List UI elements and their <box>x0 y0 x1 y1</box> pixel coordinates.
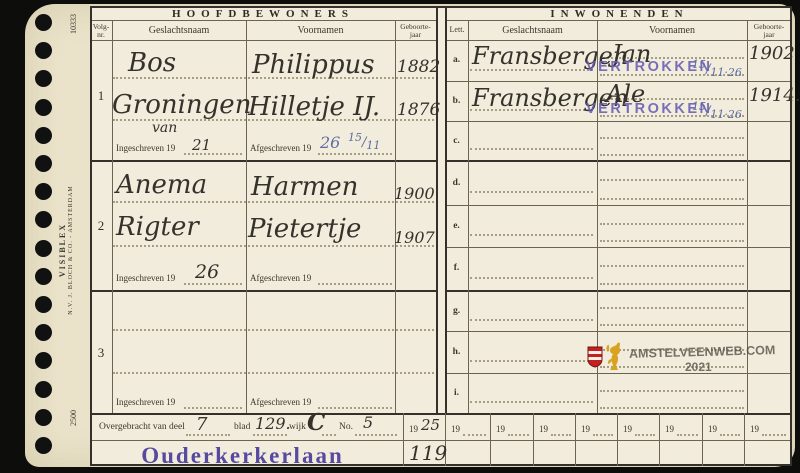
block-number: 1 <box>90 88 112 104</box>
grid-line <box>575 413 576 466</box>
handwritten-ingeschreven-year: 21 <box>192 136 211 154</box>
col-header-lett: Lett. <box>445 25 469 34</box>
grid-line <box>90 160 436 162</box>
ingeschreven-label: Ingeschreven 19 <box>116 397 175 407</box>
write-line <box>463 434 486 436</box>
transfer-label-blad: blad <box>234 422 250 432</box>
write-line <box>600 390 744 392</box>
binding-hole <box>35 437 52 454</box>
grid-line <box>90 6 92 466</box>
write-line <box>318 407 392 409</box>
binding-hole <box>35 211 52 228</box>
write-line <box>635 434 655 436</box>
grid-line <box>90 290 436 292</box>
write-line <box>322 434 336 436</box>
write-line <box>470 319 593 321</box>
year-cell: 19 <box>708 424 717 434</box>
grid-line <box>659 413 660 466</box>
row-letter: c. <box>446 136 467 146</box>
write-line <box>508 434 529 436</box>
grid-line <box>447 247 792 248</box>
write-line <box>600 407 744 409</box>
year-cell: 19 <box>665 424 674 434</box>
write-line <box>600 307 744 309</box>
handwritten-house-number: 119 <box>409 441 447 465</box>
write-line <box>113 372 434 374</box>
transfer-label-wijk: wijk <box>289 422 306 432</box>
row-letter: b. <box>446 96 467 106</box>
binding-hole <box>35 324 52 341</box>
write-line <box>600 154 744 156</box>
write-line <box>470 277 593 279</box>
handwritten-firstnames: Pietertje <box>248 214 361 244</box>
binding-hole <box>35 268 52 285</box>
block-number: 3 <box>90 345 112 361</box>
write-line <box>184 407 242 409</box>
col-header-firstnames-right: Voornamen <box>597 25 747 36</box>
write-line <box>470 148 593 150</box>
ink-date-note: 15/11·26 <box>692 100 742 119</box>
year-cell: 19 <box>496 424 505 434</box>
amstelveen-shield-icon <box>587 346 603 368</box>
binding-hole <box>35 155 52 172</box>
write-line <box>720 434 740 436</box>
binding-hole <box>35 296 52 313</box>
write-line <box>593 434 613 436</box>
grid-line <box>468 20 469 413</box>
grid-line <box>445 160 792 162</box>
afgeschreven-label: Afgeschreven 19 <box>250 397 311 407</box>
binding-hole <box>35 409 52 426</box>
watermark: AMSTELVEENWEB.COM 2021 <box>585 340 755 378</box>
handwritten-birthyear: 1914. <box>749 85 800 106</box>
row-letter: d. <box>446 178 467 188</box>
write-line <box>762 434 786 436</box>
write-line <box>600 179 744 181</box>
binding-hole <box>35 381 52 398</box>
handwritten-birthyear: 1907 <box>394 228 435 247</box>
write-line <box>551 434 571 436</box>
street-name-stamp: Ouderkerkerlaan <box>100 443 385 469</box>
write-line <box>600 324 744 326</box>
write-line <box>677 434 698 436</box>
grid-line <box>744 413 745 466</box>
col-header-firstnames-left: Voornamen <box>246 25 395 36</box>
row-letter: h. <box>446 347 467 357</box>
write-line <box>600 240 744 242</box>
write-line <box>184 283 242 285</box>
transfer-label-no: No. <box>339 422 353 432</box>
row-letter: f. <box>446 263 467 273</box>
grid-line <box>533 413 534 466</box>
ingeschreven-label: Ingeschreven 19 <box>116 143 175 153</box>
handwritten-name-prefix: van <box>152 120 177 136</box>
binding-hole <box>35 14 52 31</box>
handwritten-ingeschreven-year: 26 <box>195 261 219 283</box>
row-letter: e. <box>446 221 467 231</box>
row-letter: a. <box>446 55 467 65</box>
grid-line <box>90 20 436 21</box>
write-line <box>186 434 230 436</box>
afgeschreven-label: Afgeschreven 19 <box>250 273 311 283</box>
binding-hole <box>35 70 52 87</box>
handwritten-surname: Groningen <box>112 90 251 120</box>
handwritten-afgeschreven-year: 26 <box>320 133 340 152</box>
card-serial-bottom: 2500 <box>69 395 81 441</box>
handwritten-blad: 129. <box>255 414 291 433</box>
col-header-surname-left: Geslachtsnaam <box>112 25 246 36</box>
write-line <box>355 434 397 436</box>
ink-date-note: 15/11 <box>348 131 380 150</box>
grid-line <box>490 413 491 466</box>
binding-hole <box>35 240 52 257</box>
write-line <box>470 360 593 362</box>
grid-line <box>447 205 792 206</box>
write-line <box>470 234 593 236</box>
printer-imprint: VISIBLEX N.V. J. BLOCH & CO. - AMSTERDAM <box>58 155 82 345</box>
year-cell: 19 <box>750 424 759 434</box>
binding-hole <box>35 352 52 369</box>
handwritten-surname: Bos <box>128 48 176 78</box>
row-letter: i. <box>446 388 467 398</box>
grid-line <box>447 20 792 21</box>
handwritten-birthyear: 1876 <box>397 100 440 120</box>
year-cell: 19 <box>623 424 632 434</box>
write-line <box>253 434 287 436</box>
card-serial-top: 10333 <box>69 1 81 47</box>
handwritten-wijk: C <box>307 409 325 436</box>
write-line <box>600 198 744 200</box>
write-line <box>318 153 392 155</box>
grid-line <box>447 331 792 332</box>
row-letter: g. <box>446 306 467 316</box>
year-cell: 19 <box>581 424 590 434</box>
brand-subtitle: N.V. J. BLOCH & CO. - AMSTERDAM <box>67 155 76 345</box>
section-title-hoofdbewoners: HOOFDBEWONERS <box>90 8 436 20</box>
handwritten-birthyear: 1900 <box>394 184 435 203</box>
write-line <box>600 137 744 139</box>
year-cell: 19 <box>539 424 548 434</box>
col-header-surname-right: Geslachtsnaam <box>468 25 597 36</box>
col-header-birthyear-right: Geboorte- jaar <box>747 23 791 39</box>
afgeschreven-label: Afgeschreven 19 <box>250 143 311 153</box>
grid-line <box>403 413 404 466</box>
watermark-year: 2021 <box>685 360 712 374</box>
brand-name: VISIBLEX <box>58 155 67 345</box>
lion-rampant-icon <box>603 341 625 371</box>
write-line <box>600 223 744 225</box>
write-line <box>318 283 392 285</box>
binding-hole <box>35 99 52 116</box>
col-header-birthyear-left: Geboorte- jaar <box>395 23 436 39</box>
handwritten-deel: 7 <box>196 414 207 435</box>
write-line <box>470 401 593 403</box>
grid-line <box>445 290 792 292</box>
year-cell: 19 <box>451 424 460 434</box>
handwritten-house-no: 5 <box>363 413 373 432</box>
handwritten-surname: Anema <box>116 170 207 200</box>
scanned-register-card-photo: 10333 VISIBLEX N.V. J. BLOCH & CO. - AMS… <box>0 0 800 473</box>
binding-hole <box>35 127 52 144</box>
binding-hole <box>35 42 52 59</box>
watermark-site: AMSTELVEENWEB.COM <box>629 343 776 361</box>
transfer-label-deel: Overgebracht van deel <box>99 422 185 432</box>
section-title-inwonenden: INWONENDEN <box>447 8 792 20</box>
handwritten-surname: Rigter <box>116 212 199 242</box>
write-line <box>600 283 744 285</box>
handwritten-birthyear: 1902 <box>749 43 795 64</box>
block-number: 2 <box>90 218 112 234</box>
binding-hole <box>35 183 52 200</box>
ink-date-note: 15/11·26 <box>692 58 742 77</box>
ingeschreven-label: Ingeschreven 19 <box>116 273 175 283</box>
handwritten-birthyear: 1882 <box>397 57 440 77</box>
write-line <box>113 245 434 247</box>
grid-line <box>702 413 703 466</box>
write-line <box>470 191 593 193</box>
handwritten-firstnames: Philippus <box>252 50 375 80</box>
col-header-volgnr: Volg- nr. <box>90 23 112 39</box>
grid-line <box>447 121 792 122</box>
year-cell-prefix: 19 <box>409 424 418 434</box>
grid-line <box>790 6 792 466</box>
write-line <box>113 329 434 331</box>
write-line <box>600 265 744 267</box>
handwritten-year: 25 <box>421 416 440 434</box>
handwritten-firstnames: Hilletje IJ. <box>248 92 380 122</box>
grid-line <box>617 413 618 466</box>
handwritten-firstnames: Harmen <box>251 172 358 202</box>
grid-line <box>90 40 436 41</box>
